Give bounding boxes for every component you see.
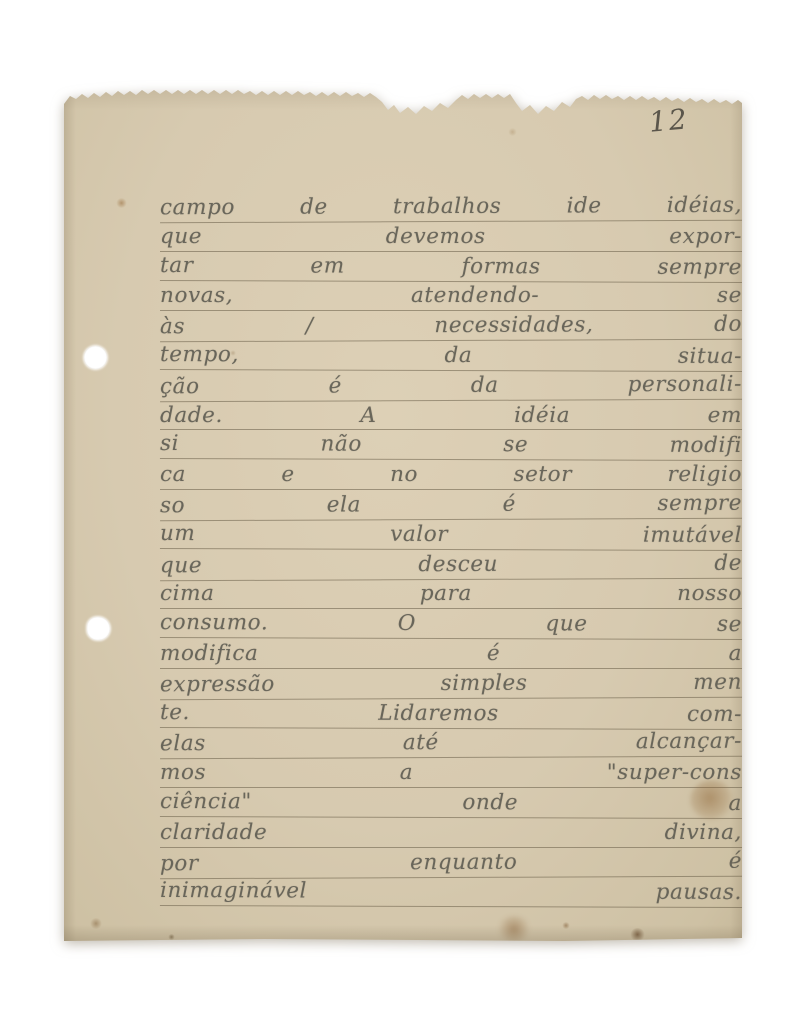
manuscript-line: modifica é a	[160, 639, 742, 669]
manuscript-line: si não se modifi	[160, 429, 742, 461]
manuscript-line: por enquanto é	[160, 846, 742, 878]
scan-background: 12 campo de trabalhos ide idéias, que de…	[0, 0, 806, 1024]
manuscript-line: campo de trabalhos ide idéias,	[160, 191, 742, 223]
manuscript-line: um valor imutável	[160, 519, 742, 551]
manuscript-line: ciência" onde a	[160, 787, 742, 819]
paper-sheet: 12 campo de trabalhos ide idéias, que de…	[64, 88, 742, 941]
manuscript-line: claridade divina,	[160, 818, 742, 848]
manuscript-line: que desceu de	[160, 548, 742, 580]
stain	[168, 934, 175, 940]
manuscript-line: cima para nosso	[160, 579, 742, 609]
manuscript-line: expressão simples men	[160, 667, 742, 699]
manuscript-line: inimaginável pausas.	[160, 876, 742, 908]
stain	[496, 916, 532, 942]
manuscript-line: tar em formas sempre	[160, 251, 742, 283]
stain	[630, 928, 645, 941]
manuscript-line: mos a "super-cons	[160, 758, 742, 788]
page-number: 12	[648, 102, 690, 138]
manuscript-line: elas até alcançar-	[160, 727, 742, 759]
manuscript-line: novas, atendendo- se	[160, 281, 742, 311]
manuscript-line: te. Lidaremos com-	[160, 698, 742, 730]
manuscript-line: consumo. O que se	[160, 608, 742, 640]
stain	[116, 198, 127, 208]
stain	[562, 922, 570, 929]
manuscript-line: às / necessidades, do	[160, 310, 742, 342]
punch-hole-top	[84, 346, 107, 369]
manuscript-line: tempo, da situa-	[160, 340, 742, 372]
manuscript-line: dade. A idéia em	[160, 401, 742, 431]
manuscript-line: que devemos expor-	[160, 222, 742, 252]
paper-surface: 12 campo de trabalhos ide idéias, que de…	[64, 88, 742, 941]
manuscript-line: ca e no setor religio	[160, 460, 742, 490]
manuscript-line: ção é da personali-	[160, 370, 742, 402]
stain	[90, 918, 102, 929]
punch-hole-bottom	[87, 617, 110, 640]
manuscript-text-block: campo de trabalhos ide idéias, que devem…	[160, 192, 742, 884]
manuscript-line: so ela é sempre	[160, 489, 742, 521]
stain	[508, 128, 517, 136]
